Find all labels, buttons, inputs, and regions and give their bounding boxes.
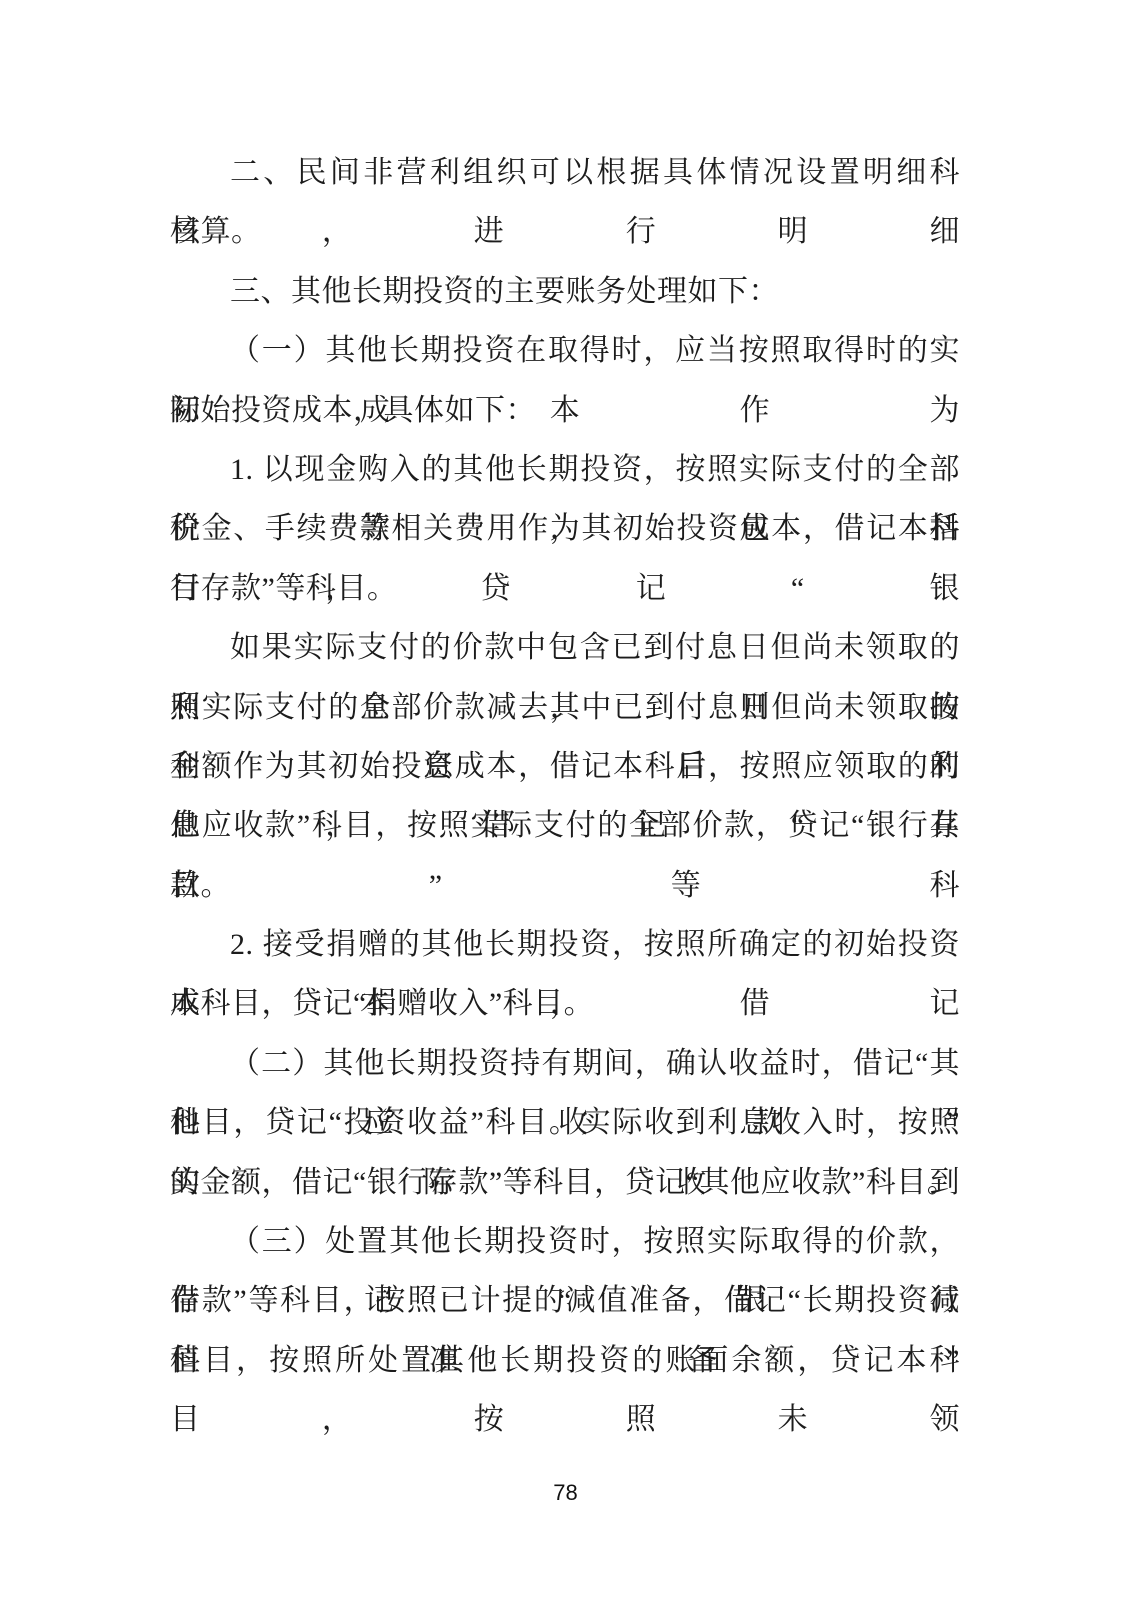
text-line: 存款”等科目，按照已计提的减值准备，借记“长期投资减值准备”: [170, 1271, 960, 1330]
text-line: 金额作为其初始投资成本，借记本科目，按照应领取的利息，借记“其: [170, 737, 960, 796]
page-number: 78: [553, 1480, 577, 1505]
text-line: 1. 以现金购入的其他长期投资，按照实际支付的全部价款，包括: [170, 440, 960, 499]
text-line: 科目，按照所处置其他长期投资的账面余额，贷记本科目，按照未领: [170, 1331, 960, 1390]
text-line: （二）其他长期投资持有期间，确认收益时，借记“其他应收款”: [170, 1034, 960, 1093]
text-line: 2. 接受捐赠的其他长期投资，按照所确定的初始投资成本，借记: [170, 915, 960, 974]
document-body: 二、民间非营利组织可以根据具体情况设置明细科目，进行明细 核算。 三、其他长期投…: [170, 143, 960, 1390]
text-line: （一）其他长期投资在取得时，应当按照取得时的实际成本作为: [170, 321, 960, 380]
document-page: 二、民间非营利组织可以根据具体情况设置明细科目，进行明细 核算。 三、其他长期投…: [0, 0, 1131, 1600]
page-footer: 78: [0, 1480, 1131, 1506]
text-line: 三、其他长期投资的主要账务处理如下：: [170, 262, 960, 321]
text-line: 照实际支付的全部价款减去其中已到付息日但尚未领取的利息后的: [170, 678, 960, 737]
text-line: 的金额，借记“银行存款”等科目，贷记“其他应收款”科目。: [170, 1153, 960, 1212]
text-line: 他应收款”科目，按照实际支付的全部价款，贷记“银行存款”等科: [170, 796, 960, 855]
text-line: 科目，贷记“投资收益”科目。实际收到利息收入时，按照实际收到: [170, 1093, 960, 1152]
text-line: （三）处置其他长期投资时，按照实际取得的价款，借记“银行: [170, 1212, 960, 1271]
text-line: 税金、手续费等相关费用作为其初始投资成本，借记本科目，贷记“银: [170, 499, 960, 558]
text-line: 如果实际支付的价款中包含已到付息日但尚未领取的利息，则按: [170, 618, 960, 677]
text-line: 二、民间非营利组织可以根据具体情况设置明细科目，进行明细: [170, 143, 960, 202]
